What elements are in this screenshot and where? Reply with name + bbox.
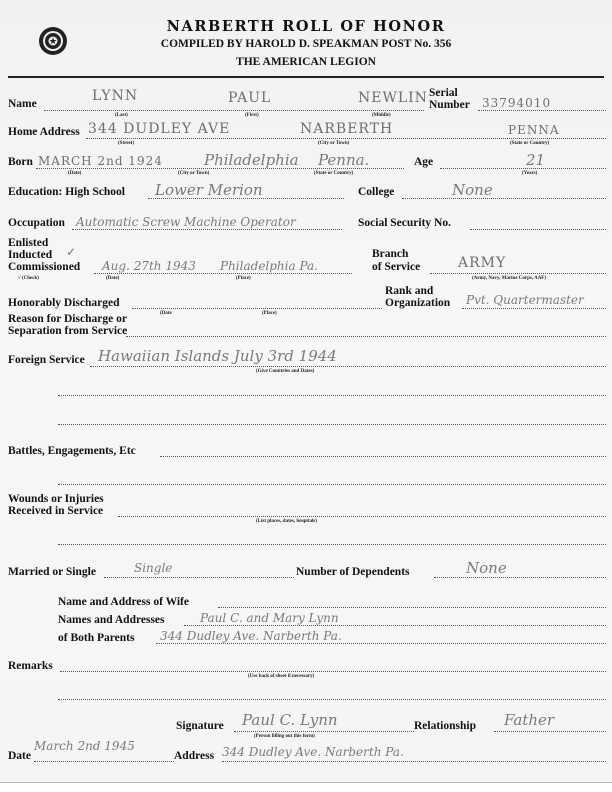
branch-label: Branch (372, 248, 408, 260)
street-caption: (Street) (118, 141, 134, 146)
address-label: Address (174, 750, 214, 762)
serial-label: Serial (429, 87, 458, 99)
discharge-place-caption: (Place) (262, 311, 277, 316)
form-page: NARBERTH ROLL OF HONOR COMPILED BY HAROL… (0, 0, 612, 792)
birth-date-value[interactable]: MARCH 2nd 1924 (38, 153, 163, 169)
check-caption: √ (Check) (18, 276, 39, 281)
relationship-line (494, 731, 606, 732)
remarks-caption: (Use back of sheet if necessary) (248, 674, 314, 679)
rank-organization-value[interactable]: Pvt. Quartermaster (466, 292, 584, 308)
commissioned-option[interactable]: Commissioned (8, 261, 80, 273)
dependents-label: Number of Dependents (296, 566, 410, 578)
remarks-label: Remarks (8, 660, 53, 672)
wounds-line-2 (58, 544, 606, 545)
serial-number-value[interactable]: 33794010 (482, 95, 551, 111)
married-line (104, 577, 294, 578)
induction-place-caption: (Place) (236, 276, 251, 281)
parents-names-value[interactable]: Paul C. and Mary Lynn (200, 610, 339, 626)
high-school-value[interactable]: Lower Merion (155, 182, 263, 198)
state-value[interactable]: PENNA (508, 122, 560, 138)
remarks-line (60, 671, 606, 672)
wounds-caption: (List places, dates, hospitals) (256, 519, 317, 524)
wife-label: Name and Address of Wife (58, 596, 189, 608)
parents-address-value[interactable]: 344 Dudley Ave. Narberth Pa. (160, 628, 342, 644)
college-value[interactable]: None (452, 182, 493, 198)
parents-label-line1: Names and Addresses (58, 614, 165, 626)
inducted-option[interactable]: Inducted (8, 249, 52, 261)
form-subtitle: COMPILED BY HAROLD D. SPEAKMAN POST No. … (0, 38, 612, 50)
first-caption: (First) (245, 113, 259, 118)
age-value[interactable]: 21 (526, 152, 545, 168)
reason-label-line1: Reason for Discharge or (8, 313, 127, 325)
reason-label-line2: Separation from Service (8, 325, 127, 337)
last-name-value[interactable]: LYNN (92, 88, 138, 104)
foreign-service-line-3 (58, 424, 606, 425)
signature-caption: (Person filling out this form) (254, 734, 315, 739)
street-value[interactable]: 344 DUDLEY AVE (88, 121, 230, 137)
age-label: Age (414, 156, 433, 168)
married-label: Married or Single (8, 566, 96, 578)
name-line (44, 110, 424, 111)
inducted-checkmark-icon: ✓ (66, 245, 76, 260)
form-title: NARBERTH ROLL OF HONOR (0, 18, 612, 35)
state-caption: (State or Country) (510, 141, 549, 146)
birth-city-value[interactable]: Philadelphia (204, 152, 299, 168)
birth-date-caption: (Date) (68, 171, 81, 176)
middle-caption: (Middle) (372, 113, 391, 118)
reason-line (126, 336, 606, 337)
induction-date-caption: (Date) (106, 276, 119, 281)
last-caption: (Last) (115, 113, 128, 118)
ssn-label: Social Security No. (358, 217, 451, 229)
branch-line (430, 273, 606, 274)
discharge-date-caption: (Date (160, 311, 172, 316)
city-caption: (City or Town) (318, 141, 349, 146)
foreign-service-label: Foreign Service (8, 354, 85, 366)
battles-line (160, 456, 606, 457)
enlisted-option[interactable]: Enlisted (8, 237, 48, 249)
ssn-line (470, 229, 606, 230)
form-organization: THE AMERICAN LEGION (0, 56, 612, 68)
header-divider (8, 76, 604, 78)
relationship-label: Relationship (414, 720, 476, 732)
education-label: Education: High School (8, 186, 125, 198)
city-value[interactable]: NARBERTH (300, 121, 393, 137)
age-line (440, 168, 606, 169)
wounds-label-line1: Wounds or Injuries (8, 493, 104, 505)
number-label: Number (429, 99, 470, 111)
birth-state-value[interactable]: Penna. (318, 152, 369, 168)
foreign-service-line (90, 366, 606, 367)
of-service-label: of Service (372, 261, 420, 273)
rank-and-label: Rank and (385, 285, 433, 297)
wounds-label-line2: Received in Service (8, 505, 103, 517)
branch-value[interactable]: ARMY (458, 255, 506, 271)
remarks-line-2 (58, 699, 606, 700)
relationship-value[interactable]: Father (504, 712, 554, 728)
occupation-value[interactable]: Automatic Screw Machine Operator (76, 214, 296, 230)
first-name-value[interactable]: PAUL (228, 90, 271, 106)
name-label: Name (8, 98, 37, 110)
home-address-label: Home Address (8, 126, 80, 138)
wounds-line (118, 516, 606, 517)
address-line (222, 761, 606, 762)
signature-line (234, 731, 414, 732)
dependents-value[interactable]: None (466, 560, 507, 576)
signature-value[interactable]: Paul C. Lynn (242, 712, 338, 728)
parents-label-line2: of Both Parents (58, 632, 134, 644)
foreign-service-line-2 (58, 395, 606, 396)
date-line (34, 761, 174, 762)
organization-label: Organization (385, 297, 450, 309)
date-label: Date (8, 750, 31, 762)
middle-name-value[interactable]: NEWLIN (358, 90, 428, 106)
college-label: College (358, 186, 394, 198)
rank-line (462, 308, 606, 309)
battles-label: Battles, Engagements, Etc (8, 445, 136, 457)
battles-line-2 (58, 484, 606, 485)
foreign-service-caption: (Give Countries and Dates) (256, 369, 314, 374)
marital-status-value[interactable]: Single (134, 560, 172, 576)
home-address-line (86, 138, 606, 139)
date-value[interactable]: March 2nd 1945 (34, 738, 135, 754)
branch-caption: (Army, Navy, Marine Corps, AAF) (472, 276, 546, 281)
foreign-service-value[interactable]: Hawaiian Islands July 3rd 1944 (98, 348, 337, 364)
birth-city-caption: (City or Town) (178, 171, 209, 176)
college-line (402, 198, 606, 199)
signature-label: Signature (176, 720, 224, 732)
age-caption: (Years) (522, 171, 537, 176)
address-value[interactable]: 344 Dudley Ave. Narberth Pa. (222, 744, 404, 760)
born-label: Born (8, 156, 33, 168)
honorably-discharged-label: Honorably Discharged (8, 297, 120, 309)
wife-line (218, 607, 606, 608)
dependents-line (434, 577, 606, 578)
occupation-label: Occupation (8, 217, 65, 229)
induction-date-value[interactable]: Aug. 27th 1943 (102, 258, 196, 274)
induction-place-value[interactable]: Philadelphia Pa. (220, 258, 318, 274)
birth-state-caption: (State or Country) (314, 171, 353, 176)
page-bottom-edge (0, 782, 612, 792)
discharge-line (132, 308, 382, 309)
